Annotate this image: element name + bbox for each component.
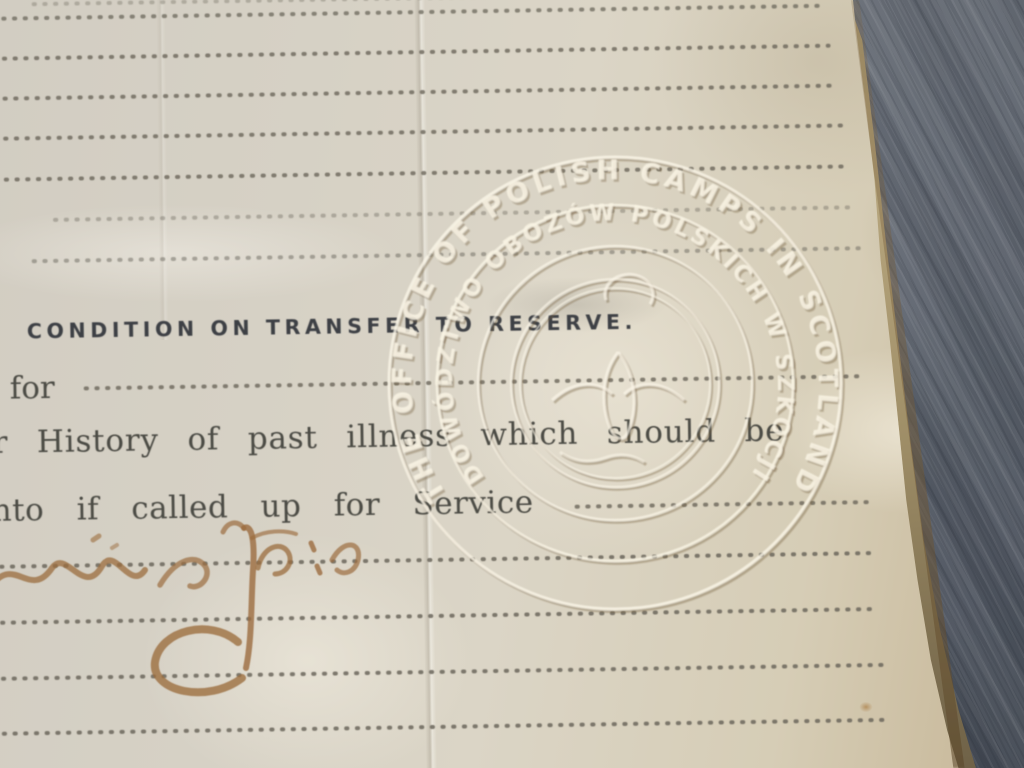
embossed-seal-stamp: THE OFFICE OF POLISH CAMPS IN SCOTLAND D… <box>387 155 845 612</box>
dotted-line <box>0 125 842 138</box>
signature-stroke <box>252 531 296 538</box>
signature-stroke <box>112 545 117 548</box>
dotted-line <box>0 609 879 623</box>
signature-stroke <box>258 546 290 574</box>
dotted-line <box>34 0 554 4</box>
handwritten-signature <box>0 523 359 692</box>
signature-stroke <box>311 543 314 550</box>
signature-stroke <box>317 566 320 573</box>
dotted-line <box>0 553 876 567</box>
signature-stroke <box>155 629 242 692</box>
dotted-line <box>0 46 828 59</box>
signature-stroke <box>93 536 99 540</box>
form-heading: CONDITION ON TRANSFER TO RESERVE. <box>27 310 637 344</box>
signature-stroke <box>244 527 254 668</box>
dotted-line <box>0 6 822 19</box>
form-line-service: nto if called up for Service <box>0 484 534 529</box>
signature-stroke <box>223 523 244 532</box>
signature-stroke <box>332 545 359 573</box>
dotted-line <box>0 166 848 180</box>
photo-scene: CONDITION ON TRANSFER TO RESERVE. for r … <box>0 0 1024 768</box>
signature-stroke <box>0 560 145 585</box>
dotted-line <box>0 720 889 734</box>
dotted-line <box>0 665 884 679</box>
dotted-line <box>86 376 866 388</box>
form-label-for: for <box>9 370 55 407</box>
signature-stroke <box>160 560 207 587</box>
dotted-line <box>577 502 874 507</box>
dotted-line <box>0 86 835 99</box>
